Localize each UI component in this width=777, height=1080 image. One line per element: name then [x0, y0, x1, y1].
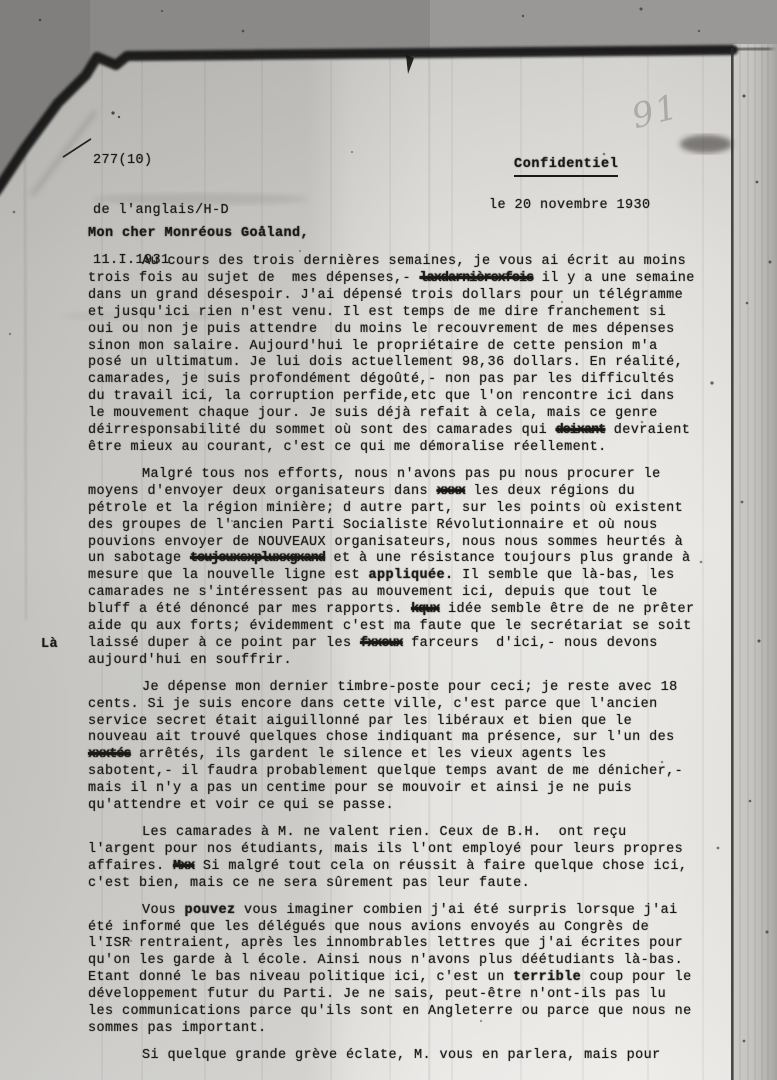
reference-number: 277(10)	[93, 153, 229, 169]
letter-date: le 20 novembre 1930	[489, 198, 651, 215]
struck-out-word: xxxtés	[88, 747, 131, 762]
salutation: Mon cher Monréous Goåland,	[88, 226, 309, 243]
struck-out-word: doixant	[556, 423, 606, 438]
classification-label: Confidentiel	[514, 157, 618, 177]
paragraph: Vous pouvez vous imaginer combien j'ai é…	[88, 903, 700, 1038]
text-segment: Je dépense mon dernier timbre-poste pour…	[88, 680, 686, 746]
paragraph: Malgré tous nos efforts, nous n'avons pa…	[88, 467, 700, 670]
paragraph: Les camarades à M. ne valent rien. Ceux …	[88, 825, 700, 893]
paragraph: Je dépense mon dernier timbre-poste pour…	[88, 680, 700, 815]
text-segment: Vous	[142, 903, 185, 918]
struck-out-word: kqux	[411, 602, 439, 617]
text-segment: arrêtés, ils gardent le silence et les v…	[88, 747, 692, 813]
margin-note: Là	[41, 637, 58, 654]
struck-out-word: laxdarnièrexfois	[420, 271, 534, 286]
text-segment: il y a une semaine dans un grand désespo…	[88, 271, 703, 438]
letter-body: Au cours des trois dernières semaines, j…	[88, 254, 700, 1065]
paragraph: Au cours des trois dernières semaines, j…	[88, 254, 700, 457]
struck-out-word: Mxx	[173, 859, 194, 874]
paragraph: Si quelque grande grève éclate, M. vous …	[88, 1048, 700, 1065]
overtyped-word: terrible	[513, 970, 581, 985]
struck-out-word: xxxx	[437, 484, 465, 499]
overtyped-word: appliquée.	[369, 568, 454, 583]
overtyped-word: pouvez	[185, 903, 236, 918]
text-segment: Si quelque grande grève éclate, M. vous …	[142, 1048, 661, 1063]
struck-out-word: toujouxsxpluxxgxand	[190, 551, 325, 566]
translation-note: de l'anglais/H-D	[93, 203, 229, 219]
document-scan: 91 277(10) de l'anglais/H-D 11.I.1931 Co…	[0, 0, 777, 1080]
struck-out-word: fxxeux	[360, 636, 403, 651]
